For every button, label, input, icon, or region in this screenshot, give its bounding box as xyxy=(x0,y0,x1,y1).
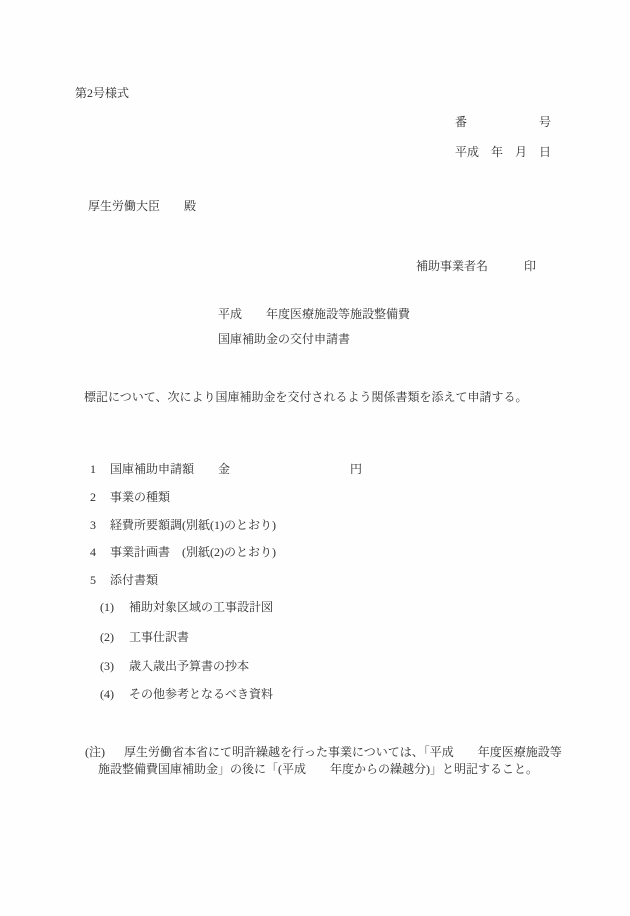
sub-item-text: その他参考となるべき資料 xyxy=(129,687,273,701)
sub-item-text: 補助対象区域の工事設計図 xyxy=(129,600,273,614)
item-text: 事業計画書 (別紙(2)のとおり) xyxy=(110,545,276,559)
sub-item-number: (4) xyxy=(100,687,129,701)
title-line-2: 国庫補助金の交付申請書 xyxy=(218,332,350,346)
item-number: 2 xyxy=(90,490,110,504)
title-line-1: 平成 年度医療施設等施設整備費 xyxy=(218,307,410,321)
document-page: 第2号様式 番 号 平成 年 月 日 厚生労働大臣 殿 補助事業者名 印 平成 … xyxy=(0,0,630,916)
sub-item-number: (2) xyxy=(100,630,129,644)
note-line-2: 施設整備費国庫補助金」の後に「(平成 年度からの繰越分)」と明記すること。 xyxy=(98,762,538,776)
item-number: 1 xyxy=(90,462,110,476)
item-text: 国庫補助申請額 金 円 xyxy=(110,462,362,476)
addressee-line: 厚生労働大臣 殿 xyxy=(88,199,196,213)
item-text: 事業の種類 xyxy=(110,490,170,504)
date-line: 平成 年 月 日 xyxy=(455,145,551,159)
sub-item-row-4: (4)その他参考となるべき資料 xyxy=(88,673,273,716)
note-label: (注) xyxy=(85,745,124,759)
item-number: 4 xyxy=(90,545,110,559)
note-text-1: 厚生労働省本省にて明許繰越を行った事業については、「平成 年度医療施設等 xyxy=(124,745,562,759)
sub-item-text: 工事仕訳書 xyxy=(129,630,189,644)
sub-item-number: (1) xyxy=(100,600,129,614)
applicant-seal-line: 補助事業者名 印 xyxy=(416,259,536,273)
form-number-label: 第2号様式 xyxy=(75,86,129,100)
sub-item-text: 歳入歳出予算書の抄本 xyxy=(129,659,249,673)
body-paragraph: 標記について、次により国庫補助金を交付されるよう関係書類を添えて申請する。 xyxy=(84,390,528,404)
sub-item-number: (3) xyxy=(100,659,129,673)
document-number-line: 番 号 xyxy=(455,115,551,129)
